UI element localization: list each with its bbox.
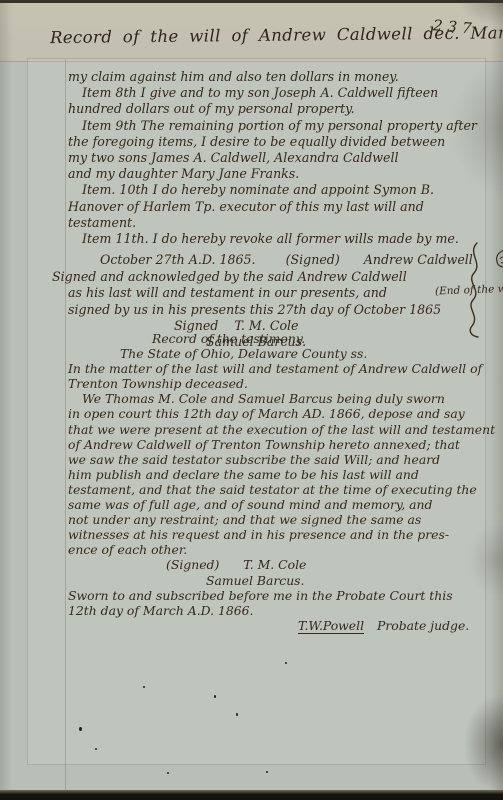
testimony-line: We Thomas M. Cole and Samuel Barcus bein… — [68, 391, 485, 406]
will-signing-line: October 27th A.D. 1865. (Signed) Andrew … — [68, 247, 485, 269]
book-bottom-edge — [0, 790, 503, 800]
testimony-line: testament, and that the said testator at… — [68, 482, 485, 497]
ledger-page-photo: 237 Record of the will of Andrew Caldwel… — [0, 0, 503, 800]
attestation-line: as his last will and testament in our pr… — [68, 285, 485, 301]
testimony-line: witnesses at his request and in his pres… — [68, 527, 485, 542]
witness-signature: Samuel Barcus. — [68, 573, 485, 588]
will-line: Item. 10th I do hereby nominate and appo… — [68, 182, 485, 198]
ink-speck — [95, 748, 97, 750]
will-text-block: my claim against him and also ten dollar… — [68, 69, 485, 350]
will-line: Item 9th The remaining portion of my per… — [68, 118, 485, 134]
margin-rule-line — [65, 59, 66, 790]
testator-signature: Andrew Caldwell — [364, 252, 473, 267]
attestation-line: Signed and acknowledged by the said Andr… — [52, 269, 485, 285]
testimony-line: of Andrew Caldwell of Trenton Township h… — [68, 437, 485, 452]
jurisdiction-line: The State of Ohio, Delaware County ss. — [68, 346, 485, 361]
seal-scribble-icon — [493, 247, 503, 269]
testimony-line: same was of full age, and of sound mind … — [68, 497, 485, 512]
will-line: Item 11th. I do hereby revoke all former… — [68, 231, 485, 247]
judge-signature-line: T.W.Powell Probate judge. — [68, 618, 485, 633]
signed-label: (Signed) — [166, 557, 219, 572]
will-line: and my daughter Mary Jane Franks. — [68, 166, 485, 182]
jurat-line: 12th day of March A.D. 1866. — [68, 603, 485, 618]
end-of-will-note: (End of the will) — [435, 283, 503, 298]
testimony-line: ence of each other. — [68, 542, 485, 557]
will-line: my claim against him and also ten dollar… — [68, 69, 485, 85]
testimony-line: him publish and declare the same to be h… — [68, 467, 485, 482]
testimony-line: we saw the said testator subscribe the s… — [68, 452, 485, 467]
attestation-line: signed by us in his presents this 27th d… — [68, 302, 485, 318]
testimony-heading: Record of the testimony. — [68, 331, 485, 346]
testimony-line: that we were present at the execution of… — [68, 422, 485, 437]
testimony-line: in open court this 12th day of March AD.… — [68, 406, 485, 421]
signed-label: (Signed) — [286, 252, 340, 267]
judge-signature: T.W.Powell — [298, 618, 364, 634]
testimony-line: Trenton Township deceased. — [68, 376, 485, 391]
will-line: testament. — [68, 215, 485, 231]
ink-speck — [79, 727, 82, 731]
testimony-line: not under any restraint; and that we sig… — [68, 512, 485, 527]
will-date: October 27th A.D. 1865. — [100, 252, 256, 267]
ink-speck — [236, 713, 238, 716]
judge-title: Probate judge. — [377, 618, 469, 633]
will-line: hundred dollars out of my personal prope… — [68, 101, 485, 117]
will-line: the foregoing items, I desire to be equa… — [68, 134, 485, 150]
testimony-line: In the matter of the last will and testa… — [68, 361, 485, 376]
will-line: my two sons James A. Caldwell, Alexandra… — [68, 150, 485, 166]
ink-speck — [167, 772, 169, 774]
ink-speck — [143, 686, 145, 688]
ink-speck — [266, 771, 268, 773]
ink-speck — [214, 695, 216, 698]
jurat-line: Sworn to and subscribed before me in the… — [68, 588, 485, 603]
ink-speck — [285, 662, 287, 664]
will-line: Item 8th I give and to my son Joseph A. … — [68, 85, 485, 101]
witness-signature-line: (Signed) T. M. Cole — [68, 557, 485, 572]
testimony-text-block: Record of the testimony. The State of Oh… — [68, 331, 485, 633]
will-line: Hanover of Harlem Tp. executor of this m… — [68, 199, 485, 215]
witness-signature: T. M. Cole — [243, 557, 306, 572]
